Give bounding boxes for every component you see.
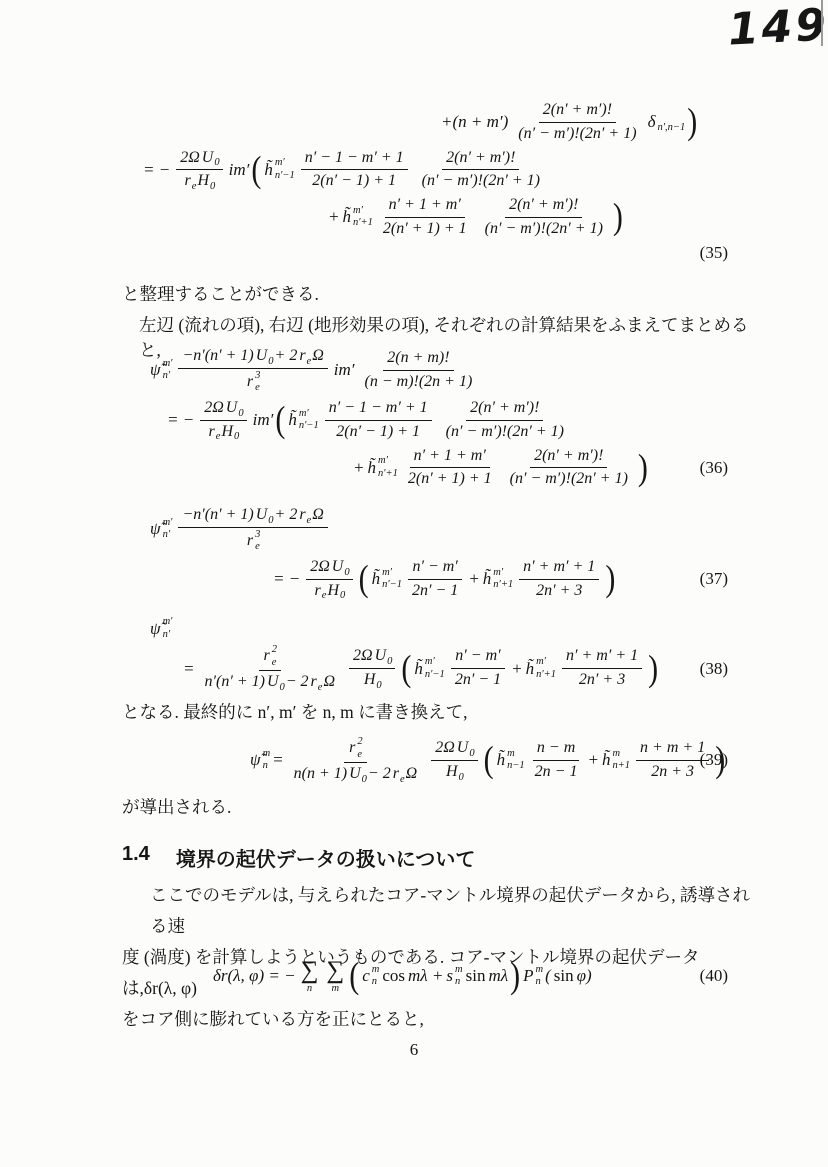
- superscript: m′: [536, 656, 546, 669]
- subscripted-symbol: U0: [201, 148, 220, 169]
- math-text: im′: [228, 160, 251, 180]
- scripted-symbol: cmn: [361, 964, 379, 989]
- fraction-denominator: n′(n′ + 1)U0− 2reΩ: [200, 671, 339, 693]
- fraction: −n′(n′ + 1)U0+ 2reΩr3e: [178, 346, 327, 395]
- math-text: r: [298, 346, 306, 367]
- equation-line: ψ̃m′n′: [122, 616, 746, 641]
- paragraph-line-1: ここでのモデルは, 与えられたコア-マントル境界の起伏データから, 誘導される速: [122, 880, 754, 942]
- subscript: n′+1: [353, 217, 373, 230]
- equation-row: =r2en′(n′ + 1)U0− 2reΩ2ΩU0H0(h̃m′n′−1n′ …: [182, 644, 659, 693]
- math-text: =: [182, 659, 195, 679]
- math-text: s: [445, 966, 454, 986]
- math-text: − 2: [367, 764, 392, 785]
- fraction-denominator: (n′ − m′)!(2n′ + 1): [442, 421, 568, 443]
- math-text: ψ̃: [149, 360, 162, 380]
- superscript: m: [372, 964, 380, 977]
- subscripted-symbol: H0: [445, 762, 464, 783]
- math-text: H: [196, 171, 210, 192]
- math-text: h̃: [525, 659, 536, 679]
- fraction: n′ + m′ + 12n′ + 3: [562, 646, 642, 691]
- scripted-symbol: h̃m′n′−1: [413, 656, 444, 681]
- fraction-numerator: n′ − 1 − m′ + 1: [325, 398, 432, 421]
- big-paren: ): [687, 104, 697, 142]
- fraction-numerator: n′ − m′: [408, 557, 461, 580]
- math-text: (n − m)!(2n + 1): [364, 372, 474, 393]
- fraction-denominator: 2(n′ − 1) + 1: [308, 170, 400, 192]
- subscript: 0: [238, 407, 243, 421]
- scripted-symbol: h̃m′n′−1: [263, 157, 294, 182]
- subscripted-symbol: U0: [255, 505, 274, 526]
- fraction-denominator: reH0: [181, 170, 219, 192]
- subscripted-symbol: re: [310, 672, 323, 693]
- script-stack: mn: [455, 964, 463, 989]
- math-text: r: [263, 646, 271, 667]
- scripted-symbol: h̃m′n′+1: [366, 455, 397, 480]
- fraction: 2ΩU0reH0: [306, 557, 352, 602]
- math-text: n′ − 1 − m′ + 1: [328, 398, 429, 419]
- subscript: e: [357, 749, 362, 762]
- big-paren: (: [484, 742, 494, 780]
- subscripted-symbol: U0: [348, 764, 367, 785]
- equation-line: ψ̃m′n′−n′(n′ + 1)U0+ 2reΩr3e: [122, 505, 746, 554]
- script-stack: n′,n−1: [657, 122, 685, 135]
- fraction-denominator: reH0: [205, 421, 243, 443]
- superscript: m′: [493, 567, 503, 580]
- text-after-eq35: と整理することができる.: [122, 282, 752, 307]
- math-text: U: [225, 398, 239, 419]
- subscript: e: [255, 382, 260, 395]
- subscript: 0: [469, 747, 474, 761]
- script-stack: m′n′: [163, 358, 173, 383]
- script-stack: mn−1: [507, 748, 525, 773]
- math-text: n′ + m′ + 1: [565, 646, 639, 667]
- scripted-symbol: h̃m′n′+1: [525, 656, 556, 681]
- subscripted-symbol: U0: [331, 557, 350, 578]
- script-stack: m′n′: [163, 616, 173, 641]
- equation-line: δr(λ, φ) = −∑n∑m(cmncosmλ +smnsinmλ)Pmn(…: [122, 958, 746, 995]
- math-text: r: [298, 505, 306, 526]
- math-text: = −: [272, 569, 301, 589]
- math-text: −n′(n′ + 1): [181, 505, 254, 526]
- fraction: −n′(n′ + 1)U0+ 2reΩr3e: [178, 505, 327, 554]
- subscripted-symbol: re: [208, 422, 221, 443]
- fraction-numerator: n′ + 1 + m′: [385, 195, 465, 218]
- subscripted-symbol: H0: [363, 670, 382, 691]
- fraction-numerator: r2e: [344, 736, 366, 763]
- math-text: r: [184, 171, 192, 192]
- superscript: 2: [357, 736, 362, 749]
- fraction: 2ΩU0H0: [349, 646, 395, 691]
- subscript: e: [272, 657, 277, 670]
- fraction-denominator: r3e: [242, 528, 264, 554]
- fraction-denominator: 2n + 3: [647, 761, 698, 783]
- fraction-numerator: 2(n + m)!: [383, 348, 453, 371]
- math-text: + 2: [274, 346, 299, 367]
- subscript: e: [255, 541, 260, 554]
- math-text: im′: [252, 410, 275, 430]
- big-paren: (: [359, 561, 369, 599]
- math-text: − 2: [285, 672, 310, 693]
- big-paren: (: [349, 958, 359, 996]
- math-text: −n′(n′ + 1): [181, 346, 254, 367]
- fraction: n′ − m′2n′ − 1: [408, 557, 462, 602]
- script-stack: 2e: [272, 644, 277, 669]
- math-text: 2(n′ + m′)!: [445, 148, 516, 169]
- math-text: r: [348, 738, 356, 759]
- math-text-roman: sin: [552, 966, 576, 986]
- math-text: 2n − 1: [534, 762, 579, 783]
- fraction-numerator: 2ΩU0: [306, 557, 352, 580]
- fraction-denominator: 2n′ − 1: [451, 669, 505, 691]
- equation-row: = −2ΩU0reH0im′(h̃m′n′−1n′ − 1 − m′ + 12(…: [142, 148, 549, 193]
- equation-row: = −2ΩU0reH0(h̃m′n′−1n′ − m′2n′ − 1+h̃m′n…: [272, 557, 616, 602]
- subscript: n′: [163, 529, 171, 542]
- math-text: = −: [142, 160, 171, 180]
- math-text: n′ − 1 − m′ + 1: [304, 148, 405, 169]
- big-paren: ): [605, 561, 615, 599]
- math-text: δ: [647, 112, 657, 132]
- superscript: 2: [272, 644, 277, 657]
- superscript: m: [455, 964, 463, 977]
- math-text: h̃: [341, 207, 352, 227]
- fraction-denominator: 2(n′ + 1) + 1: [404, 468, 496, 490]
- math-text: +: [327, 207, 340, 227]
- superscript: 3: [255, 529, 260, 542]
- text-after-eq39: が導出される.: [122, 795, 752, 820]
- summation: ∑n: [301, 958, 319, 995]
- math-text: 2Ω: [434, 738, 456, 759]
- document-page: 149 +(n + m′)2(n′ + m′)!(n′ − m′)!(2n′ +…: [0, 0, 828, 1167]
- summation: ∑m: [326, 958, 344, 995]
- math-text: (n′ − m′)!(2n′ + 1): [445, 422, 565, 443]
- fraction: n′ + m′ + 12n′ + 3: [519, 557, 599, 602]
- equation-row: ψ̃m′n′−n′(n′ + 1)U0+ 2reΩr3e: [148, 505, 333, 554]
- subscript: n′,n−1: [657, 122, 685, 135]
- fraction-numerator: 2(n′ + m′)!: [539, 100, 616, 123]
- fraction-numerator: 2(n′ + m′)!: [466, 398, 543, 421]
- subscripted-symbol: re: [314, 581, 327, 602]
- math-text: 2(n′ + m′)!: [469, 398, 540, 419]
- subscript: 0: [459, 771, 464, 785]
- math-text: 2(n′ + m′)!: [508, 195, 579, 216]
- subscript: n′+1: [536, 669, 556, 682]
- math-text: 2Ω: [179, 148, 201, 169]
- math-text: c: [361, 966, 371, 986]
- math-text: r: [208, 422, 216, 443]
- math-text: U: [456, 738, 470, 759]
- math-text: 2n + 3: [650, 762, 695, 783]
- script-stack: m′n′+1: [493, 567, 513, 592]
- fraction-numerator: n′ − 1 − m′ + 1: [301, 148, 408, 171]
- subscripted-symbol: re: [392, 764, 405, 785]
- math-text: (n′ − m′)!(2n′ + 1): [484, 219, 604, 240]
- scripted-symbol: Pmn: [522, 964, 543, 989]
- subscript: e: [307, 514, 312, 528]
- subscript: n′: [163, 629, 171, 642]
- math-text: im′: [333, 360, 356, 380]
- script-stack: m′n′+1: [378, 455, 398, 480]
- fraction-denominator: r3e: [242, 369, 264, 395]
- equation-40: δr(λ, φ) = −∑n∑m(cmncosmλ +smnsinmλ)Pmn(…: [122, 958, 746, 998]
- subscript: 0: [210, 180, 215, 194]
- subscript: n′+1: [493, 579, 513, 592]
- fraction: n′ + 1 + m′2(n′ + 1) + 1: [404, 446, 496, 491]
- fraction-numerator: n′ + m′ + 1: [562, 646, 642, 669]
- fraction: r2en(n + 1)U0− 2reΩ: [290, 736, 422, 785]
- math-text: U: [331, 557, 345, 578]
- fraction: r2en′(n′ + 1)U0− 2reΩ: [200, 644, 339, 693]
- scripted-symbol: r3e: [246, 370, 260, 395]
- scripted-symbol: ψ̃m′n′: [149, 616, 172, 641]
- math-text: n(n + 1): [293, 764, 348, 785]
- fraction-denominator: (n′ − m′)!(2n′ + 1): [506, 468, 632, 490]
- section-heading: 1.4 境界の起伏データの扱いについて: [122, 843, 752, 872]
- math-text: h̃: [366, 458, 377, 478]
- subscript: n: [536, 976, 541, 989]
- big-paren: (: [401, 650, 411, 688]
- math-text: (: [544, 966, 552, 986]
- fraction-denominator: H0: [442, 761, 467, 783]
- math-text: H: [445, 762, 459, 783]
- math-text: +: [586, 750, 599, 770]
- math-text: 2(n′ + m′)!: [542, 100, 613, 121]
- math-text: =: [271, 750, 284, 770]
- script-stack: mn: [263, 748, 271, 773]
- fraction-numerator: n′ + m′ + 1: [519, 557, 599, 580]
- fraction-numerator: 2(n′ + m′)!: [530, 446, 607, 469]
- subscript: 0: [280, 681, 285, 695]
- math-text: Ω: [405, 764, 419, 785]
- subscripted-symbol: re: [298, 346, 311, 367]
- scripted-symbol: h̃m′n′+1: [482, 567, 513, 592]
- script-stack: mn: [372, 964, 380, 989]
- subscript: n′−1: [382, 579, 402, 592]
- fraction-denominator: n(n + 1)U0− 2reΩ: [290, 763, 422, 785]
- math-text: ψ̃: [149, 519, 162, 539]
- fraction-numerator: −n′(n′ + 1)U0+ 2reΩ: [178, 346, 327, 369]
- scripted-symbol: r3e: [246, 529, 260, 554]
- subscript: 0: [214, 156, 219, 170]
- subscripted-symbol: U0: [456, 738, 475, 759]
- subscript: n′−1: [275, 170, 295, 183]
- subscripted-symbol: H0: [196, 171, 215, 192]
- fraction-numerator: n′ − m′: [451, 646, 504, 669]
- math-text: h̃: [263, 160, 274, 180]
- superscript: m′: [382, 567, 392, 580]
- fraction-denominator: 2(n′ − 1) + 1: [332, 421, 424, 443]
- subscripted-symbol: U0: [225, 398, 244, 419]
- equation-number: (36): [700, 458, 728, 478]
- math-text: H: [363, 670, 377, 691]
- big-paren: ): [613, 199, 623, 237]
- fraction-denominator: (n′ − m′)!(2n′ + 1): [514, 123, 640, 145]
- fraction-denominator: 2n − 1: [531, 761, 582, 783]
- math-text: 2(n′ + 1) + 1: [382, 219, 468, 240]
- math-text-roman: sin: [464, 966, 488, 986]
- subscript: n′−1: [299, 420, 319, 433]
- section-title: 境界の起伏データの扱いについて: [176, 843, 476, 872]
- fraction-denominator: (n − m)!(2n + 1): [361, 371, 477, 393]
- scan-artifact-line: [821, 0, 823, 46]
- math-text: 2Ω: [203, 398, 225, 419]
- subscript: 0: [234, 430, 239, 444]
- equation-row: = −2ΩU0reH0im′(h̃m′n′−1n′ − 1 − m′ + 12(…: [166, 398, 573, 443]
- fraction: 2(n′ + m′)!(n′ − m′)!(2n′ + 1): [418, 148, 544, 193]
- big-paren: (: [251, 151, 261, 189]
- math-text: (n′ − m′)!(2n′ + 1): [421, 171, 541, 192]
- math-text: Ω: [311, 505, 325, 526]
- fraction-denominator: 2n′ − 1: [408, 580, 462, 602]
- fraction: n′ − 1 − m′ + 12(n′ − 1) + 1: [325, 398, 432, 443]
- fraction: n − m2n − 1: [531, 738, 582, 783]
- math-text: n + m + 1: [639, 738, 706, 759]
- equation-number: (35): [700, 243, 728, 263]
- superscript: m′: [163, 616, 173, 629]
- subscript: n′−1: [425, 669, 445, 682]
- fraction-denominator: 2(n′ + 1) + 1: [379, 218, 471, 240]
- fraction: n′ + 1 + m′2(n′ + 1) + 1: [379, 195, 471, 240]
- sigma-icon: ∑: [301, 958, 319, 983]
- big-paren: ): [648, 650, 658, 688]
- math-text: r: [246, 531, 254, 552]
- equation-line: = −2ΩU0reH0im′(h̃m′n′−1n′ − 1 − m′ + 12(…: [122, 148, 746, 193]
- equation-line: = −2ΩU0reH0(h̃m′n′−1n′ − m′2n′ − 1+h̃m′n…: [122, 557, 746, 602]
- fraction: 2ΩU0reH0: [200, 398, 246, 443]
- subscript: n: [372, 976, 377, 989]
- fraction-numerator: n′ + 1 + m′: [410, 446, 490, 469]
- math-text: h̃: [601, 750, 612, 770]
- math-text: P: [522, 966, 534, 986]
- superscript: m: [263, 748, 271, 761]
- math-text-roman: cos: [380, 966, 407, 986]
- equation-row: ψ̃m′n′: [148, 616, 173, 641]
- script-stack: m′n′−1: [425, 656, 445, 681]
- equation-number: (39): [700, 750, 728, 770]
- superscript: m: [536, 964, 544, 977]
- fraction-denominator: H0: [360, 669, 385, 691]
- math-text: h̃: [371, 569, 382, 589]
- math-text: mλ: [487, 966, 509, 986]
- subscript: n+1: [612, 760, 630, 773]
- scripted-symbol: smn: [445, 964, 462, 989]
- subscript: 0: [376, 679, 381, 693]
- equation-line: (35): [122, 243, 746, 263]
- fraction: n′ − 1 − m′ + 12(n′ − 1) + 1: [301, 148, 408, 193]
- math-text: H: [326, 581, 340, 602]
- subscript: n: [263, 760, 268, 773]
- script-stack: 2e: [357, 736, 362, 761]
- script-stack: m′n′−1: [299, 408, 319, 433]
- math-text: ψ̃: [149, 619, 162, 639]
- math-text: U: [374, 646, 388, 667]
- subscript: e: [322, 589, 327, 603]
- subscript: n: [455, 976, 460, 989]
- equation-line: +h̃m′n′+1n′ + 1 + m′2(n′ + 1) + 12(n′ + …: [122, 446, 746, 491]
- superscript: 3: [255, 370, 260, 383]
- math-text: ψ̃: [249, 750, 262, 770]
- equation-number: (37): [700, 569, 728, 589]
- fraction-denominator: (n′ − m′)!(2n′ + 1): [481, 218, 607, 240]
- scripted-symbol: r2e: [263, 644, 277, 669]
- subscripted-symbol: H0: [220, 422, 239, 443]
- subscript: e: [400, 773, 405, 787]
- fraction-denominator: reH0: [311, 580, 349, 602]
- math-text: U: [255, 346, 269, 367]
- big-paren: ): [638, 449, 648, 487]
- subscripted-symbol: H0: [326, 581, 345, 602]
- math-text: φ): [576, 966, 593, 986]
- superscript: m′: [299, 408, 309, 421]
- equation-row: ψ̃m′n′−n′(n′ + 1)U0+ 2reΩr3eim′2(n + m)!…: [148, 346, 481, 395]
- superscript: m: [612, 748, 620, 761]
- equation-36: ψ̃m′n′−n′(n′ + 1)U0+ 2reΩr3eim′2(n + m)!…: [122, 346, 746, 493]
- math-text: 2Ω: [309, 557, 331, 578]
- scripted-symbol: δn′,n−1: [647, 112, 686, 132]
- sigma-icon: ∑: [326, 958, 344, 983]
- math-text: 2(n + m)!: [386, 348, 450, 369]
- math-text: (n′ − m′)!(2n′ + 1): [509, 469, 629, 490]
- equation-38: ψ̃m′n′=r2en′(n′ + 1)U0− 2reΩ2ΩU0H0(h̃m′n…: [122, 616, 746, 696]
- equation-37: ψ̃m′n′−n′(n′ + 1)U0+ 2reΩr3e= −2ΩU0reH0(…: [122, 505, 746, 605]
- script-stack: 3e: [255, 529, 260, 554]
- math-text: δr(λ, φ) = −: [212, 966, 297, 986]
- fraction-denominator: 2n′ + 3: [532, 580, 586, 602]
- math-text: +: [467, 569, 480, 589]
- math-text: U: [266, 672, 280, 693]
- fraction-numerator: 2ΩU0: [349, 646, 395, 669]
- math-text: r: [246, 372, 254, 393]
- math-text: h̃: [413, 659, 424, 679]
- fraction-numerator: 2ΩU0: [200, 398, 246, 421]
- equation-line: = −2ΩU0reH0im′(h̃m′n′−1n′ − 1 − m′ + 12(…: [122, 398, 746, 443]
- math-text: r: [392, 764, 400, 785]
- math-text: r: [310, 672, 318, 693]
- math-text: + 2: [274, 505, 299, 526]
- scripted-symbol: h̃mn+1: [601, 748, 630, 773]
- fraction-numerator: 2(n′ + m′)!: [442, 148, 519, 171]
- fraction: 2(n′ + m′)!(n′ − m′)!(2n′ + 1): [481, 195, 607, 240]
- math-text: Ω: [311, 346, 325, 367]
- math-text: n′ + 1 + m′: [413, 446, 487, 467]
- math-text: 2(n′ + 1) + 1: [407, 469, 493, 490]
- subscripted-symbol: re: [298, 505, 311, 526]
- scripted-symbol: h̃m′n′−1: [287, 408, 318, 433]
- equation-row: +(n + m′)2(n′ + m′)!(n′ − m′)!(2n′ + 1)δ…: [440, 100, 698, 145]
- equation-row: δr(λ, φ) = −∑n∑m(cmncosmλ +smnsinmλ)Pmn(…: [212, 958, 593, 995]
- fraction-numerator: 2ΩU0: [176, 148, 222, 171]
- math-text: 2(n′ + m′)!: [533, 446, 604, 467]
- subscript: 0: [362, 773, 367, 787]
- subscripted-symbol: U0: [255, 346, 274, 367]
- math-text: n − m: [536, 738, 576, 759]
- math-text: Ω: [322, 672, 336, 693]
- subscript: 0: [340, 589, 345, 603]
- fraction: 2ΩU0reH0: [176, 148, 222, 193]
- math-text: 2(n′ − 1) + 1: [335, 422, 421, 443]
- math-text: r: [314, 581, 322, 602]
- math-text: n′ + 1 + m′: [388, 195, 462, 216]
- math-text: U: [255, 505, 269, 526]
- paragraph-line-3: をコア側に膨れている方を正にとると,: [122, 1004, 754, 1035]
- superscript: m′: [425, 656, 435, 669]
- subscript: e: [216, 430, 221, 444]
- math-text: +(n + m′): [440, 112, 509, 132]
- equation-row: +h̃m′n′+1n′ + 1 + m′2(n′ + 1) + 12(n′ + …: [352, 446, 649, 491]
- fraction: n′ − m′2n′ − 1: [451, 646, 505, 691]
- math-text: 2n′ + 3: [535, 581, 583, 602]
- subscript: 0: [344, 566, 349, 580]
- fraction: 2(n′ + m′)!(n′ − m′)!(2n′ + 1): [506, 446, 632, 491]
